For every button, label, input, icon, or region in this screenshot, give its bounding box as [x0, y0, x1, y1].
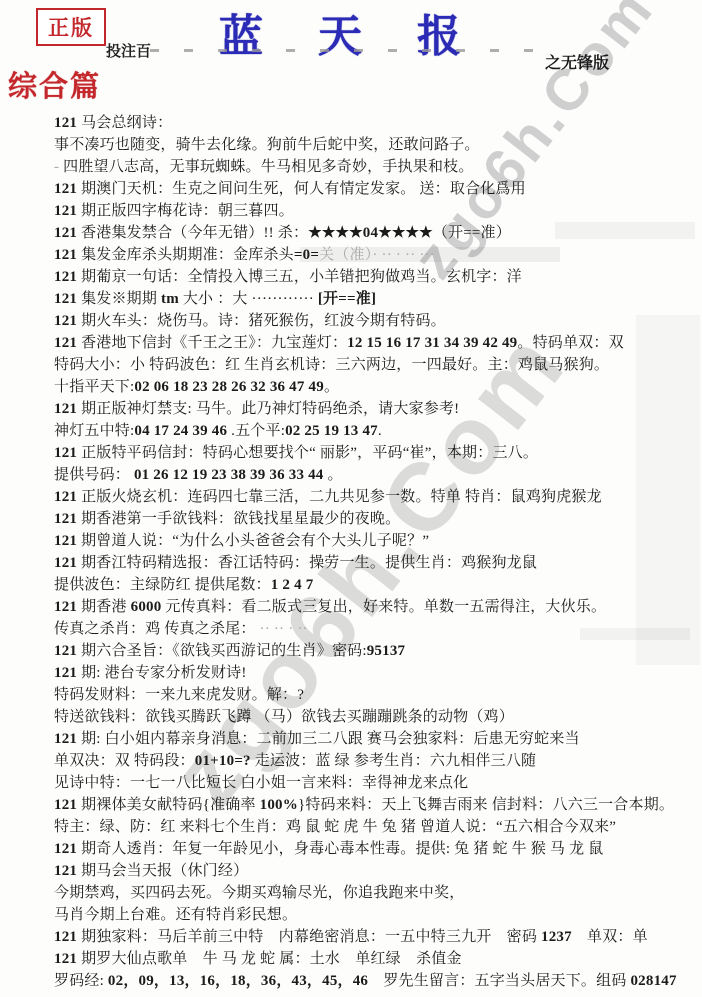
line-text-segment: 特送欲钱料：欲钱买腾跃飞蹲 （马）欲钱去买蹦蹦跳条的动物（鸡）	[54, 709, 514, 725]
line-text-segment: （开==准）	[433, 225, 511, 241]
report-line: 121 期正版神灯禁支: 马牛。此乃神灯特码绝杀，请大家参考!	[54, 398, 696, 420]
report-line: 121 期香江特码精选报：香江话特码：操劳一生。提供生肖：鸡猴狗龙鼠	[54, 552, 696, 574]
faded-segment: 关（准）· ·· · ·· ···	[319, 247, 435, 263]
line-text-segment: 期六合圣旨：《欲钱买西游记的生肖》密码:	[81, 643, 367, 659]
line-number-segment: 121	[54, 643, 81, 659]
line-number-segment: 028147	[630, 973, 676, 989]
line-text-segment: .五个平:	[227, 423, 285, 439]
erased-text-strip	[150, 49, 540, 52]
report-line: 特主：绿、防：红 来料七个生肖：鸡 鼠 蛇 虎 牛 兔 猪 曾道人说：“五六相合…	[54, 816, 696, 838]
line-text-segment: 马会总纲诗：	[81, 115, 172, 131]
report-line: 121 集发※期期 tm 大小 ：大 ············ [开==准]	[54, 288, 696, 310]
line-number-segment: 121	[54, 863, 81, 879]
line-text-segment: 大小 ：大 ············	[179, 291, 318, 307]
line-text-segment: 。特码单双：双	[517, 335, 623, 351]
line-number-segment: 121	[54, 445, 81, 461]
report-line: 121 马会总纲诗：	[54, 112, 696, 134]
line-text-segment: 期独家料：马后羊前三中特 内幕绝密消息：一五中特三九开 密码	[81, 929, 541, 945]
line-number-segment: 95137	[367, 643, 406, 659]
report-line: 特码大小：小 特码波色：红 生肖玄机诗：三六两边，一四最好。主：鸡鼠马猴狗。	[54, 354, 696, 376]
report-line: 121 集发金库杀头期期准：金库杀头=0=关（准）· ·· · ·· ···	[54, 244, 696, 266]
line-number-segment: 121	[54, 335, 81, 351]
line-number-segment: 121	[54, 665, 81, 681]
line-text-segment: 期: 白小姐内幕亲身消息：二前加三二八跟 赛马会独家料：后患无穷蛇来当	[81, 731, 580, 747]
line-number-segment: 121	[54, 797, 81, 813]
report-line: 121 期六合圣旨：《欲钱买西游记的生肖》密码:95137	[54, 640, 696, 662]
report-line: 提供波色：主绿防红 提供尾数：1 2 4 7	[54, 574, 696, 596]
report-line: 马肖今期上台难。还有特肖彩民想。	[54, 904, 696, 926]
report-line: 121 期罗大仙点歌单 牛 马 龙 蛇 属：土水 单红绿 杀值金	[54, 948, 696, 970]
report-line: 121 期独家料：马后羊前三中特 内幕绝密消息：一五中特三九开 密码 1237 …	[54, 926, 696, 948]
line-number-segment: 121	[54, 203, 81, 219]
line-number-segment: 121	[54, 731, 81, 747]
report-line: 121 香港集发禁合（今年无错）!! 杀：★★★★04★★★★（开==准）	[54, 222, 696, 244]
line-number-segment: =0=	[294, 247, 319, 263]
line-number-segment: 12 15 16 17 31 34 39 42 49	[347, 335, 517, 351]
line-text-segment: 元传真料：看二版式三复出，好来特。单数一五需得注，大伙乐。	[161, 599, 606, 615]
report-line: 特码发财料：一来九来虎发财。解：?	[54, 684, 696, 706]
line-number-segment: 04 17 24 39 46	[134, 423, 227, 439]
report-line: 121 期: 白小姐内幕亲身消息：二前加三二八跟 赛马会独家料：后患无穷蛇来当	[54, 728, 696, 750]
line-text-segment: 期澳门天机：生克之间问生死，何人有情定发家。 送：取合化爲用	[81, 181, 526, 197]
line-text-segment: 期香港	[81, 599, 131, 615]
line-number-segment: 1 2 4 7	[271, 577, 314, 593]
line-text-segment: 期正版四字梅花诗：朝三暮四。	[81, 203, 294, 219]
edition-label: 之无锋版	[545, 50, 609, 73]
section-title: 综合篇	[8, 64, 101, 105]
line-text-segment: 罗先生留言：五字当头居天下。组码	[368, 973, 630, 989]
line-number-segment: tm	[161, 291, 179, 307]
line-text-segment: 正版火烧玄机：连码四七靠三活，二九共见参一数。特单 特肖：鼠鸡狗虎猴龙	[81, 489, 602, 505]
report-line: 121 期曾道人说：“为什么小头爸爸会有个大头儿子呢？”	[54, 530, 696, 552]
line-text-segment: 十指平天下:	[54, 379, 134, 395]
line-text-segment: 提供波色：主绿防红 提供尾数：	[54, 577, 271, 593]
report-line: 十指平天下:02 06 18 23 28 26 32 36 47 49。	[54, 376, 696, 398]
line-number-segment: 121	[54, 489, 81, 505]
line-number-segment: 121	[54, 841, 81, 857]
line-number-segment: 121	[54, 291, 81, 307]
line-number-segment: 121	[54, 313, 81, 329]
report-body: 121 马会总纲诗：事不凑巧也随变，骑牛去化缘。狗前牛后蛇中奖，还敢问路子。- …	[54, 112, 696, 992]
line-text-segment: 期香江特码精选报：香江话特码：操劳一生。提供生肖：鸡猴狗龙鼠	[81, 555, 537, 571]
line-text-segment: 期葡京一句话：全情投入博三五，小羊错把狗做鸡当。玄机字：洋	[81, 269, 522, 285]
report-line: 121 期澳门天机：生克之间问生死，何人有情定发家。 送：取合化爲用	[54, 178, 696, 200]
report-line: 事不凑巧也随变，骑牛去化缘。狗前牛后蛇中奖，还敢问路子。	[54, 134, 696, 156]
line-text-segment: 提供号码：	[54, 467, 134, 483]
line-text-segment: 期: 港台专家分析发财诗!	[81, 665, 247, 681]
line-number-segment: 02 06 18 23 28 26 32 36 47 49	[134, 379, 324, 395]
faded-segment: -	[54, 159, 63, 175]
line-text-segment: 期裸体美女献特码{准确率	[81, 797, 260, 813]
line-number-segment: 121	[54, 225, 81, 241]
report-line: 121 期葡京一句话：全情投入博三五，小羊错把狗做鸡当。玄机字：洋	[54, 266, 696, 288]
line-number-segment: [开==准]	[318, 291, 376, 307]
line-number-segment: 121	[54, 247, 81, 263]
lottery-report-page: zgo6h.Com zgo6h.Com 正版 蓝 天 报 投注百 之无锋版 综合…	[0, 0, 702, 997]
report-line: 121 期正版四字梅花诗：朝三暮四。	[54, 200, 696, 222]
line-text-segment: 今期禁鸡，买四码去死。今期买鸡输尽光，你追我跑来中奖，	[54, 885, 464, 901]
line-text-segment: .	[378, 423, 382, 439]
report-line: 提供号码： 01 26 12 19 23 38 39 36 33 44 。	[54, 464, 696, 486]
line-text-segment: 走运波：蓝 绿 参考生肖：六九相伴三八随	[251, 753, 536, 769]
report-line: 特送欲钱料：欲钱买腾跃飞蹲 （马）欲钱去买蹦蹦跳条的动物（鸡）	[54, 706, 696, 728]
line-text-segment: 正版特平码信封：特码心想要找个“ 丽影”，平码“崔”，本期：三八。	[81, 445, 538, 461]
line-text-segment: 。	[324, 467, 343, 483]
line-number-segment: 121	[54, 555, 81, 571]
report-line: 121 正版特平码信封：特码心想要找个“ 丽影”，平码“崔”，本期：三八。	[54, 442, 696, 464]
line-text-segment: 传真之杀肖：鸡 传真之杀尾：	[54, 621, 256, 637]
report-line: 121 期裸体美女献特码{准确率 100%}特码来料：天上飞舞吉雨来 信封料：八…	[54, 794, 696, 816]
line-text-segment: 特码大小：小 特码波色：红 生肖玄机诗：三六两边，一四最好。主：鸡鼠马猴狗。	[54, 357, 609, 373]
line-text-segment: 期火车头：烧伤马。诗：猪死猴伤，红波今期有特码。	[81, 313, 446, 329]
line-text-segment: }特码来料：天上飞舞吉雨来 信封料：八六三一合本期。	[298, 797, 674, 813]
line-number-segment: ★★★★04★★★★	[308, 225, 433, 241]
report-line: 单双决：双 特码段：01+10=? 走运波：蓝 绿 参考生肖：六九相伴三八随	[54, 750, 696, 772]
line-text-segment: 单双：单	[572, 929, 648, 945]
line-text-segment: 期罗大仙点歌单 牛 马 龙 蛇 属：土水 单红绿 杀值金	[81, 951, 462, 967]
line-number-segment: 01+10=?	[195, 753, 251, 769]
line-number-segment: 121	[54, 533, 81, 549]
line-number-segment: 100%	[260, 797, 298, 813]
report-line: 121 期香港第一手欲钱料：欲钱找星星最少的夜晚。	[54, 508, 696, 530]
line-text-segment: 期奇人透肖：年复一年龄见小，身毒心毒本性毒。提供: 兔 猪 蛇 牛 猴 马 龙 …	[81, 841, 603, 857]
line-text-segment: 罗码经:	[54, 973, 108, 989]
line-number-segment: 121	[54, 115, 81, 131]
line-number-segment: 121	[54, 181, 81, 197]
line-text-segment: 期马会当天报（休门经）	[81, 863, 248, 879]
report-line: 传真之杀肖：鸡 传真之杀尾： ·· ·· · ··	[54, 618, 696, 640]
faded-segment: ·· ·· · ··	[256, 621, 308, 637]
line-number-segment: 6000	[131, 599, 162, 615]
line-number-segment: 02，09，13，16，18，36，43，45，46	[108, 973, 368, 989]
line-text-segment: 集发※期期	[81, 291, 161, 307]
report-line: 121 期: 港台专家分析发财诗!	[54, 662, 696, 684]
line-text-segment: 特码发财料：一来九来虎发财。解：?	[54, 687, 304, 703]
line-number-segment: 121	[54, 401, 81, 417]
line-number-segment: 121	[54, 929, 81, 945]
line-number-segment: 121	[54, 269, 81, 285]
line-text-segment: 香港集发禁合（今年无错）!! 杀：	[81, 225, 308, 241]
line-text-segment: 集发金库杀头期期准：金库杀头	[81, 247, 294, 263]
report-line: 121 正版火烧玄机：连码四七靠三活，二九共见参一数。特单 特肖：鼠鸡狗虎猴龙	[54, 486, 696, 508]
line-text-segment: 。	[324, 379, 339, 395]
line-text-segment: 期正版神灯禁支: 马牛。此乃神灯特码绝杀，请大家参考!	[81, 401, 459, 417]
report-line: 神灯五中特:04 17 24 39 46 .五个平:02 25 19 13 47…	[54, 420, 696, 442]
line-number-segment: 121	[54, 951, 81, 967]
report-line: 今期禁鸡，买四码去死。今期买鸡输尽光，你追我跑来中奖，	[54, 882, 696, 904]
line-text-segment: 单双决：双 特码段：	[54, 753, 195, 769]
line-text-segment: 特主：绿、防：红 来料七个生肖：鸡 鼠 蛇 虎 牛 兔 猪 曾道人说：“五六相合…	[54, 819, 616, 835]
line-number-segment: 1237	[541, 929, 572, 945]
line-text-segment: 四胜望八志高，无事玩蜘蛛。牛马相见多奇妙，手执果和枝。	[63, 159, 473, 175]
line-number-segment: 01 26 12 19 23 38 39 36 33 44	[134, 467, 324, 483]
header-subtitle: 投注百	[106, 40, 151, 61]
line-number-segment: 121	[54, 599, 81, 615]
line-text-segment: 见诗中特：一七一八比短长 白小姐一言来料：幸得神龙来点化	[54, 775, 468, 791]
line-number-segment: 121	[54, 511, 81, 527]
report-line: 见诗中特：一七一八比短长 白小姐一言来料：幸得神龙来点化	[54, 772, 696, 794]
report-line: 121 期马会当天报（休门经）	[54, 860, 696, 882]
line-text-segment: 期香港第一手欲钱料：欲钱找星星最少的夜晚。	[81, 511, 400, 527]
line-text-segment: 期曾道人说：“为什么小头爸爸会有个大头儿子呢？”	[81, 533, 429, 549]
line-number-segment: 02 25 19 13 47	[285, 423, 378, 439]
report-line: 121 期香港 6000 元传真料：看二版式三复出，好来特。单数一五需得注，大伙…	[54, 596, 696, 618]
line-text-segment: 香港地下信封《千王之王》：九宝莲灯：	[81, 335, 347, 351]
line-text-segment: 马肖今期上台难。还有特肖彩民想。	[54, 907, 297, 923]
report-line: 121 期奇人透肖：年复一年龄见小，身毒心毒本性毒。提供: 兔 猪 蛇 牛 猴 …	[54, 838, 696, 860]
report-line: - 四胜望八志高，无事玩蜘蛛。牛马相见多奇妙，手执果和枝。	[54, 156, 696, 178]
report-line: 121 香港地下信封《千王之王》：九宝莲灯：12 15 16 17 31 34 …	[54, 332, 696, 354]
line-text-segment: 事不凑巧也随变，骑牛去化缘。狗前牛后蛇中奖，还敢问路子。	[54, 137, 480, 153]
report-line: 罗码经: 02，09，13，16，18，36，43，45，46 罗先生留言：五字…	[54, 970, 696, 992]
report-line: 121 期火车头：烧伤马。诗：猪死猴伤，红波今期有特码。	[54, 310, 696, 332]
line-text-segment: 神灯五中特:	[54, 423, 134, 439]
